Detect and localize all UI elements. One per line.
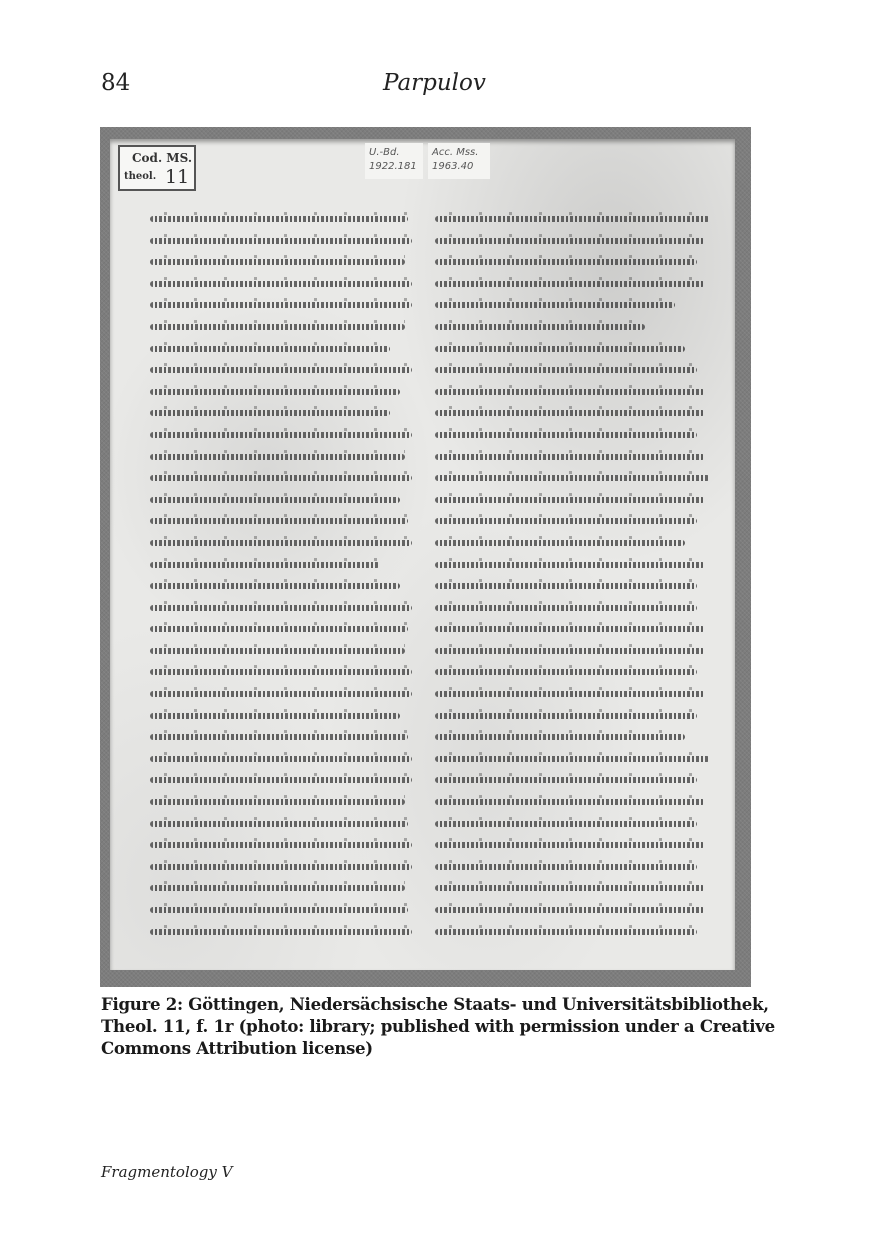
manuscript-line bbox=[435, 878, 720, 900]
manuscript-line bbox=[150, 684, 420, 706]
manuscript-line bbox=[150, 662, 420, 684]
manuscript-line bbox=[150, 814, 420, 836]
parchment-leaf: Cod. MS. theol. 11 U.-Bd. 1922.181 Acc. … bbox=[110, 139, 735, 970]
manuscript-line bbox=[435, 447, 720, 469]
manuscript-line bbox=[435, 382, 720, 404]
manuscript-line bbox=[435, 533, 720, 555]
manuscript-line bbox=[435, 749, 720, 771]
manuscript-line bbox=[150, 425, 420, 447]
manuscript-line bbox=[435, 317, 720, 339]
manuscript-line bbox=[435, 662, 720, 684]
manuscript-line bbox=[150, 706, 420, 728]
manuscript-line bbox=[435, 792, 720, 814]
figure-caption: Figure 2: Göttingen, Niedersächsische St… bbox=[101, 993, 791, 1059]
manuscript-line bbox=[150, 231, 420, 253]
manuscript-line bbox=[435, 360, 720, 382]
manuscript-line bbox=[150, 922, 420, 944]
manuscript-line bbox=[150, 749, 420, 771]
manuscript-line bbox=[150, 619, 420, 641]
manuscript-line bbox=[150, 792, 420, 814]
manuscript-line bbox=[435, 576, 720, 598]
manuscript-line bbox=[435, 274, 720, 296]
manuscript-line bbox=[435, 252, 720, 274]
manuscript-line bbox=[435, 425, 720, 447]
manuscript-line bbox=[150, 598, 420, 620]
manuscript-line bbox=[435, 598, 720, 620]
accession-label: Acc. Mss. 1963.40 bbox=[428, 143, 490, 179]
manuscript-line bbox=[150, 900, 420, 922]
manuscript-line bbox=[150, 576, 420, 598]
manuscript-line bbox=[435, 295, 720, 317]
manuscript-photo: Cod. MS. theol. 11 U.-Bd. 1922.181 Acc. … bbox=[100, 127, 751, 987]
manuscript-line bbox=[150, 209, 420, 231]
manuscript-line bbox=[435, 619, 720, 641]
manuscript-line bbox=[435, 900, 720, 922]
shelfmark-line2: theol. bbox=[124, 171, 156, 182]
manuscript-line bbox=[150, 835, 420, 857]
manuscript-line bbox=[435, 555, 720, 577]
manuscript-line bbox=[150, 403, 420, 425]
manuscript-line bbox=[150, 252, 420, 274]
manuscript-line bbox=[150, 447, 420, 469]
manuscript-line bbox=[435, 511, 720, 533]
accession-line2: 1922.181 bbox=[369, 160, 419, 174]
manuscript-line bbox=[150, 295, 420, 317]
manuscript-line bbox=[150, 511, 420, 533]
accession-line1: U.-Bd. bbox=[369, 146, 419, 160]
manuscript-line bbox=[435, 490, 720, 512]
accession-line1: Acc. Mss. bbox=[432, 146, 486, 160]
manuscript-line bbox=[435, 727, 720, 749]
manuscript-line bbox=[150, 641, 420, 663]
manuscript-line bbox=[435, 770, 720, 792]
text-column-right bbox=[435, 209, 720, 943]
manuscript-line bbox=[150, 317, 420, 339]
manuscript-line bbox=[150, 878, 420, 900]
text-column-left bbox=[150, 209, 420, 943]
accession-label: U.-Bd. 1922.181 bbox=[365, 143, 423, 179]
manuscript-line bbox=[150, 339, 420, 361]
manuscript-line bbox=[435, 922, 720, 944]
shelfmark-label: Cod. MS. theol. 11 bbox=[118, 145, 196, 191]
manuscript-line bbox=[435, 209, 720, 231]
manuscript-line bbox=[435, 468, 720, 490]
manuscript-line bbox=[435, 835, 720, 857]
manuscript-line bbox=[150, 490, 420, 512]
manuscript-line bbox=[150, 555, 420, 577]
manuscript-line bbox=[150, 360, 420, 382]
manuscript-line bbox=[435, 339, 720, 361]
manuscript-line bbox=[435, 684, 720, 706]
manuscript-line bbox=[150, 468, 420, 490]
footer-journal-title: Fragmentology V bbox=[101, 1163, 232, 1181]
manuscript-line bbox=[150, 382, 420, 404]
manuscript-line bbox=[435, 706, 720, 728]
shelfmark-line3: 11 bbox=[165, 166, 189, 188]
manuscript-line bbox=[435, 857, 720, 879]
manuscript-line bbox=[435, 403, 720, 425]
manuscript-line bbox=[150, 727, 420, 749]
manuscript-line bbox=[150, 274, 420, 296]
accession-line2: 1963.40 bbox=[432, 160, 486, 174]
page-number: 84 bbox=[101, 70, 130, 96]
manuscript-line bbox=[435, 814, 720, 836]
running-head: Parpulov bbox=[383, 70, 486, 96]
manuscript-line bbox=[150, 857, 420, 879]
manuscript-line bbox=[150, 533, 420, 555]
manuscript-line bbox=[435, 231, 720, 253]
shelfmark-line1: Cod. MS. bbox=[132, 151, 192, 165]
manuscript-line bbox=[150, 770, 420, 792]
manuscript-line bbox=[435, 641, 720, 663]
